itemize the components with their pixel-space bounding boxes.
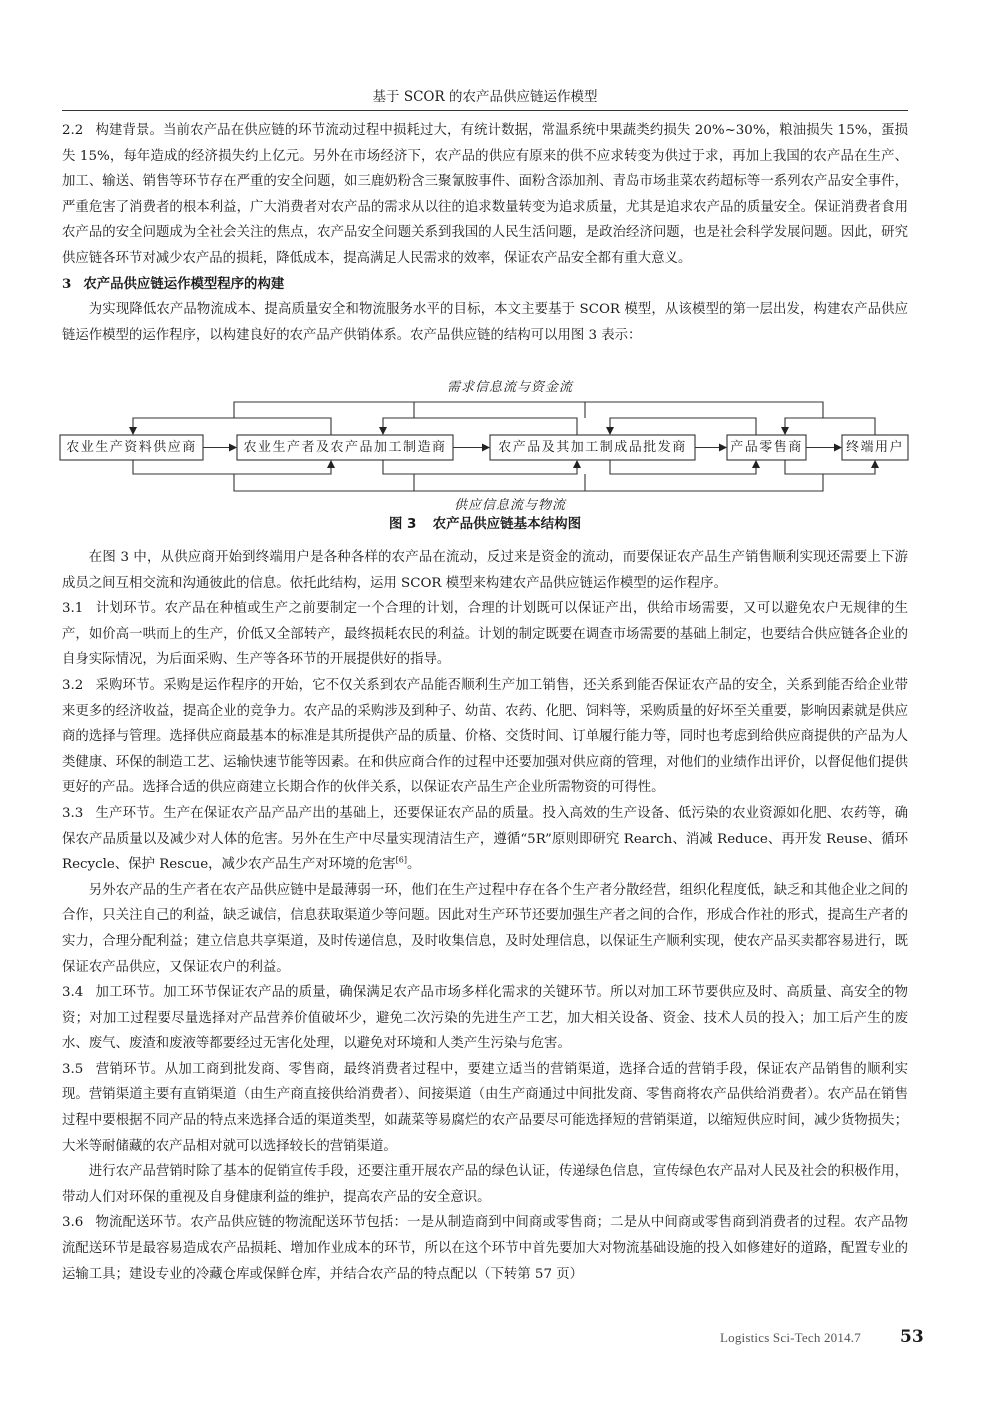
section-text: 生产在保证农产品产品产出的基础上，还要保证农产品的质量。投入高效的生产设备、低污… — [62, 806, 908, 872]
header-rule — [62, 110, 908, 111]
sentence-end: 。 — [407, 857, 420, 872]
section-number: 3.5 — [62, 1062, 83, 1077]
section-text: 加工环节保证农产品的质量，确保满足农产品市场多样化需求的关键环节。所以对加工环节… — [62, 985, 908, 1051]
node-producer-processor: 农业生产者及农产品加工制造商 — [237, 435, 453, 460]
section-number: 3 — [62, 276, 71, 292]
page-number: 53 — [900, 1327, 924, 1347]
section-title: 物流配送环节。 — [95, 1215, 190, 1230]
paragraph-3-6: 3.6物流配送环节。农产品供应链的物流配送环节包括：一是从制造商到中间商或零售商… — [62, 1210, 908, 1287]
node-wholesaler: 农产品及其加工制成品批发商 — [490, 435, 695, 460]
section-title: 计划环节。 — [95, 601, 164, 616]
paragraph-3-2: 3.2采购环节。采购是运作程序的开始，它不仅关系到农产品能否顺利生产加工销售，还… — [62, 673, 908, 801]
text-block-bottom: 在图 3 中，从供应商开始到终端用户是各种各样的农产品在流动，反过来是资金的流动… — [62, 545, 908, 1287]
section-title: 加工环节。 — [95, 985, 163, 1000]
section-text: 农产品在种植或生产之前要制定一个合理的计划，合理的计划既可以保证产出，供给市场需… — [62, 601, 908, 667]
figure-number: 图 3 — [389, 516, 417, 532]
bottom-flow-label: 供应信息流与物流 — [420, 494, 600, 513]
paragraph-3-intro: 为实现降低农产品物流成本、提高质量安全和物流服务水平的目标，本文主要基于 SCO… — [62, 297, 908, 348]
section-text: 采购是运作程序的开始，它不仅关系到农产品能否顺利生产加工销售，还关系到能否保证农… — [62, 678, 908, 795]
text-block-top: 2.2构建背景。当前农产品在供应链的环节流动过程中损耗过大，有统计数据，常温系统… — [62, 118, 908, 348]
section-text: 当前农产品在供应链的环节流动过程中损耗过大，有统计数据，常温系统中果蔬类约损失 … — [62, 123, 908, 266]
section-title: 构建背景。 — [95, 123, 163, 138]
paragraph-3-3: 3.3生产环节。生产在保证农产品产品产出的基础上，还要保证农产品的质量。投入高效… — [62, 801, 908, 878]
section-title: 营销环节。 — [95, 1062, 164, 1077]
paragraph-2-2: 2.2构建背景。当前农产品在供应链的环节流动过程中损耗过大，有统计数据，常温系统… — [62, 118, 908, 272]
paragraph-3-5: 3.5营销环节。从加工商到批发商、零售商，最终消费者过程中，要建立适当的营销渠道… — [62, 1057, 908, 1159]
section-heading: 农产品供应链运作模型程序的构建 — [83, 276, 284, 292]
paragraph-3-4: 3.4加工环节。加工环节保证农产品的质量，确保满足农产品市场多样化需求的关键环节… — [62, 980, 908, 1057]
section-number: 3.3 — [62, 806, 83, 821]
section-number: 3.4 — [62, 985, 83, 1000]
running-header: 基于 SCOR 的农产品供应链运作模型 — [62, 84, 908, 110]
section-number: 3.2 — [62, 678, 83, 693]
section-number: 3.6 — [62, 1215, 83, 1230]
page-footer: Logistics Sci-Tech 2014.7 53 — [700, 1327, 930, 1351]
section-title: 生产环节。 — [95, 806, 163, 821]
node-end-user: 终端用户 — [842, 435, 908, 460]
paragraph-3-3-continued: 另外农产品的生产者在农产品供应链中是最薄弱一环，他们在生产过程中存在各个生产者分… — [62, 878, 908, 980]
paragraph-3-5-continued: 进行农产品营销时除了基本的促销宣传手段，还要注重开展农产品的绿色认证，传递绿色信… — [62, 1159, 908, 1210]
citation-ref: [6] — [396, 856, 407, 865]
section-number: 3.1 — [62, 601, 83, 616]
journal-name-issue: Logistics Sci-Tech 2014.7 — [720, 1330, 861, 1346]
section-text: 从加工商到批发商、零售商，最终消费者过程中，要建立适当的营销渠道，选择合适的营销… — [62, 1062, 908, 1154]
node-retailer: 产品零售商 — [727, 435, 806, 460]
top-flow-label: 需求信息流与资金流 — [420, 376, 600, 395]
figure-title: 农产品供应链基本结构图 — [433, 516, 582, 532]
node-input-supplier: 农业生产资料供应商 — [60, 435, 203, 460]
heading-section-3: 3农产品供应链运作模型程序的构建 — [62, 272, 908, 298]
paragraph-3-1: 3.1计划环节。农产品在种植或生产之前要制定一个合理的计划，合理的计划既可以保证… — [62, 596, 908, 673]
section-title: 采购环节。 — [95, 678, 163, 693]
paragraph-after-figure: 在图 3 中，从供应商开始到终端用户是各种各样的农产品在流动，反过来是资金的流动… — [62, 545, 908, 596]
figure-caption: 图 3农产品供应链基本结构图 — [62, 512, 908, 532]
section-number: 2.2 — [62, 123, 83, 138]
